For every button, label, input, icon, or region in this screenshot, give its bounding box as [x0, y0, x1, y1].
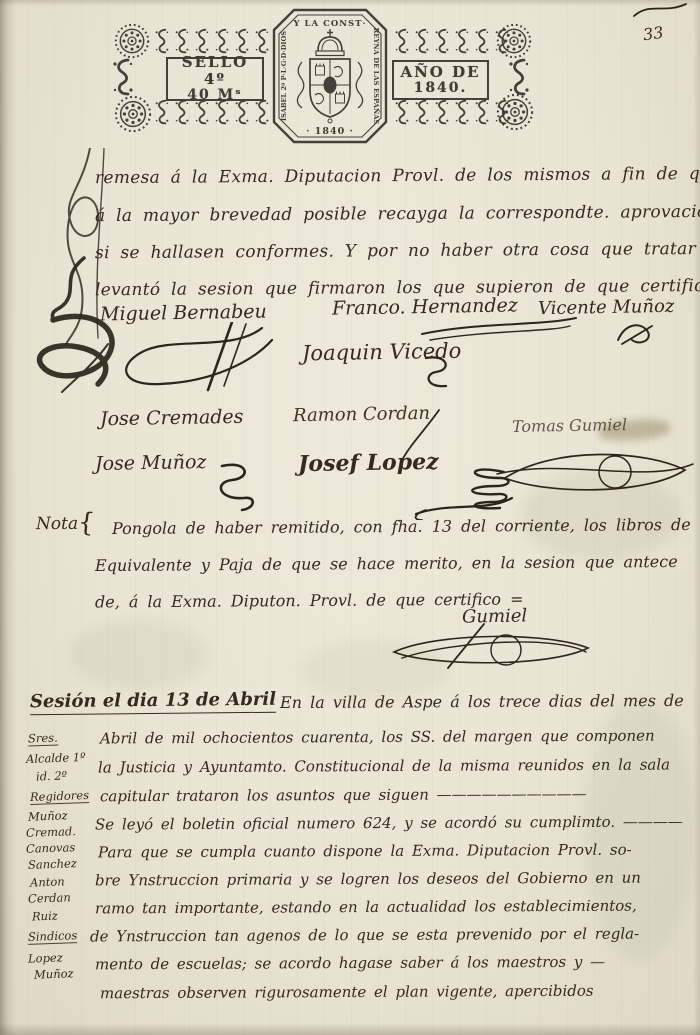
seal-text-top: Y LA CONST·	[293, 19, 367, 29]
gumiel-loop-rubric	[495, 438, 695, 504]
signature-francisco-hernandez: Franco. Hernandez	[332, 294, 518, 319]
signature-miguel-bernabeu: Miguel Bernabeu	[100, 301, 267, 326]
bernabeu-rubric-flourish	[112, 322, 282, 394]
margin-attendee: Muñoz	[34, 966, 74, 981]
signature-ramon-cordan: Ramon Cordan	[293, 403, 430, 426]
year-box: AÑO DE 1840.	[392, 60, 489, 100]
page-edge-right	[693, 0, 700, 1035]
signature-gumiel-nota: Gumiel	[462, 605, 528, 627]
ink-showthrough	[300, 640, 450, 700]
session-line: Para que se cumpla cuanto dispone la Exm…	[98, 841, 632, 862]
margin-attendee: Muñoz	[28, 808, 68, 823]
session-line: la Justicia y Ayuntamto. Constitucional …	[98, 756, 670, 777]
scroll-ornament-icon	[110, 55, 136, 99]
margin-attendee: Sanchez	[28, 856, 77, 872]
scroll-ornament-band	[394, 26, 510, 58]
signature-jose-munoz: Jose Muñoz	[95, 451, 207, 475]
opening-line: si se hallasen conformes. Y por no haber…	[95, 239, 700, 263]
page-number: 33	[642, 23, 665, 45]
margin-attendee: Lopez	[28, 950, 63, 965]
rosette-icon	[114, 23, 150, 59]
sello-class-label: SELLO 4º	[168, 54, 262, 88]
signature-jose-cremades: Jose Cremades	[100, 406, 244, 431]
signature-josef-lopez: Josef Lopez	[298, 449, 439, 477]
session-line: maestras observen rigurosamente el plan …	[100, 982, 594, 1003]
rosette-icon	[114, 95, 152, 133]
session-line: de Ynstruccion tan agenos de lo que se e…	[90, 925, 639, 946]
nota-line: Equivalente y Paja de que se hace merito…	[95, 552, 678, 575]
signature-tomas-gumiel: Tomas Gumiel	[512, 415, 627, 436]
nota-label: Nota	[36, 514, 78, 534]
session-heading: Sesión el dia 13 de Abril	[30, 689, 276, 716]
session-line: capitular trataron los asuntos que sigue…	[100, 785, 587, 806]
year-label: AÑO DE	[400, 64, 480, 81]
margin-attendee: Canovas	[26, 840, 76, 856]
page-edge-left	[0, 0, 16, 1035]
session-line: Se leyó el boletin oficial numero 624, y…	[95, 812, 683, 833]
signature-joaquin-vicedo: Joaquin Vicedo	[302, 339, 462, 366]
scroll-ornament-band	[394, 97, 510, 129]
gumiel-nota-loop-rubric	[388, 622, 598, 674]
page-edge-bottom	[0, 1023, 700, 1035]
seal-text-right: REYNA DE LAS ESPAÑAS	[372, 28, 381, 125]
margin-attendee: Cremad.	[26, 824, 76, 840]
session-heading-continuation: En la villa de Aspe á los trece dias del…	[280, 691, 684, 712]
margin-attendee: Ruiz	[32, 909, 58, 924]
sello-class-box: SELLO 4º 40 Mˢ	[166, 57, 264, 101]
seal-text-left: ISABEL 2ª P·L·G·D·DIOS	[280, 31, 288, 121]
margin-attendee: Sres.	[28, 730, 58, 746]
signature-vicente-munoz: Vicente Muñoz	[538, 296, 675, 319]
margin-attendee: Alcalde 1º	[26, 750, 86, 766]
nota-line: Pongola de haber remitido, con fha. 13 d…	[112, 515, 691, 538]
ink-showthrough	[70, 620, 210, 690]
margin-attendee: Cerdan	[28, 890, 71, 905]
margin-attendee: Regidores	[30, 788, 89, 805]
margin-attendee: id. 2º	[36, 768, 68, 783]
sello-price-label: 40 Mˢ	[187, 88, 242, 104]
vicente-paraph	[612, 318, 658, 348]
margin-attendee: Anton	[30, 874, 65, 889]
year-value: 1840.	[414, 81, 468, 97]
coat-of-arms-icon	[297, 29, 362, 123]
session-line: Abril de mil ochocientos cuarenta, los S…	[100, 727, 655, 748]
seal-text-bottom: · 1840 ·	[306, 126, 354, 137]
session-line: bre Ynstruccion primaria y se logren los…	[95, 869, 641, 890]
opening-line: á la mayor brevedad posible recayga la c…	[95, 202, 700, 226]
revenue-stamp: SELLO 4º 40 Mˢ AÑO DE 1840. Y LA CONST· …	[110, 5, 534, 147]
nota-brace: {	[76, 507, 96, 539]
nota-line: de, á la Exma. Diputon. Provl. de que ce…	[95, 590, 524, 612]
royal-seal: Y LA CONST· · 1840 · ISABEL 2ª P·L·G·D·D…	[270, 6, 390, 146]
opening-line: remesa á la Exma. Diputacion Provl. de l…	[95, 164, 700, 188]
session-line: mento de escuelas; se acordo hagase sabe…	[95, 953, 605, 974]
munoz-paraph	[212, 460, 260, 514]
page-edge-top	[0, 0, 700, 6]
margin-attendee: Sindicos	[28, 928, 78, 945]
session-line: ramo tan importante, estando en la actua…	[95, 897, 637, 918]
manuscript-page: SELLO 4º 40 Mˢ AÑO DE 1840. Y LA CONST· …	[0, 0, 700, 1035]
